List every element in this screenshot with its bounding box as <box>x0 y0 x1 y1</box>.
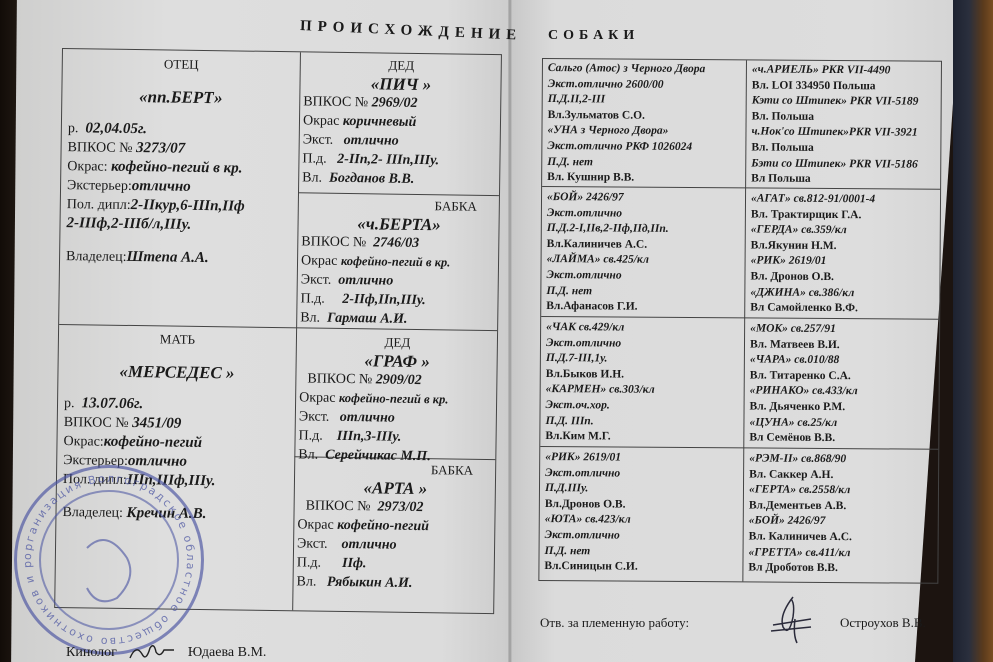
ancestor-line: «ЮТА» св.423/кл <box>545 512 638 528</box>
ancestor-line: П.Д. нет <box>547 155 704 172</box>
label: Экст. <box>297 536 328 551</box>
ancestor-line: Вл. Дронов О.В. <box>750 269 874 285</box>
page-fold <box>508 0 512 662</box>
father-sire-exterior: отлично <box>344 133 399 149</box>
ancestor-line: Вл Польша <box>751 172 918 189</box>
label: Экст. <box>303 132 334 147</box>
father-reg: 3273/07 <box>136 140 185 157</box>
mother-reg: 3451/09 <box>132 415 181 432</box>
official-stamp: организация Волгоградское областное обще… <box>14 465 204 655</box>
father-name: «пп.БЕРТ» <box>62 86 299 108</box>
label: П.д. <box>302 151 326 166</box>
father-sire-owner: Богданов В.В. <box>329 171 414 187</box>
mother-color: кофейно-пегий <box>104 434 203 451</box>
breeding-officer-label: Отв. за племенную работу: <box>540 615 689 630</box>
mother-sire-reg: 2909/02 <box>376 372 422 388</box>
mother-header: МАТЬ <box>59 328 296 350</box>
father-sire-cell: ДЕД «ПИЧ » ВПКОС № 2969/02 Окрас коричне… <box>302 54 499 190</box>
ancestor-cell-left: «ЧАК св.429/клЭкст.отличноП.Д.7-III,1у.В… <box>545 320 655 446</box>
label: ВПКОС № <box>307 371 372 387</box>
ancestor-line: Экст.отлично <box>546 268 668 284</box>
ancestor-line: «УНА з Черного Двора» <box>547 123 704 140</box>
ancestor-line: «ГЕРДА» св.359/кл <box>751 223 875 239</box>
label: ВПКОС № <box>306 498 371 514</box>
stamp-emblem-icon: организация Волгоградское областное обще… <box>17 468 201 652</box>
mother-sire-color: кофейно-пегий в кр. <box>339 391 449 407</box>
mother-sire-cell: ДЕД «ГРАФ » ВПКОС № 2909/02 Окрас кофейн… <box>298 331 495 467</box>
label: Вл. <box>302 170 322 185</box>
label: Окрас: <box>67 159 107 175</box>
ancestor-line: Вл.Дементьев А.В. <box>749 498 852 514</box>
label: Окрас <box>301 253 338 269</box>
father-sire-color: коричневый <box>343 114 417 130</box>
ancestor-line: П.Д.IIIу. <box>545 481 638 497</box>
ancestor-cell-right: «РЭМ-II» св.868/90Вл. Саккер А.Н.«ГЕРТА»… <box>748 451 852 576</box>
kinolog-name: Юдаева В.М. <box>188 645 267 660</box>
ancestor-line: П.Д. IIIп. <box>545 414 654 430</box>
father-dam-cell: БАБКА «ч.БЕРТА» ВПКОС № 2746/03 Окрас ко… <box>300 194 497 330</box>
ancestor-line: Экст.отлично <box>546 336 655 352</box>
label: ВПКОС № <box>301 234 366 250</box>
ancestor-cell-right: «МОК» св.257/91Вл. Матвеев В.И.«ЧАРА» св… <box>749 321 858 447</box>
label: р. <box>64 396 75 411</box>
label: П.д. <box>299 428 323 443</box>
ancestor-line: «КАРМЕН» св.303/кл <box>546 382 655 398</box>
ancestor-cell-right: «ч.АРИЕЛЬ» PKR VII-4490Вл. LOI 334950 По… <box>751 62 919 188</box>
ancestor-line: «АГАТ» св.812-91/0001-4 <box>751 191 875 207</box>
ancestor-line: Вл. Матвеев В.И. <box>750 337 858 353</box>
father-birth: 02,04.05г. <box>85 120 147 137</box>
ancestor-line: Вл.Быков И.Н. <box>546 367 655 383</box>
breeding-officer-line: Отв. за племенную работу: Остроухов В.В. <box>540 615 940 631</box>
ancestor-line: «ГЕРТА» св.2558/кл <box>749 483 852 499</box>
ancestors-title: СОБАКИ <box>548 28 639 44</box>
mother-name: «МЕРСЕДЕС » <box>58 361 295 383</box>
ancestor-line: «БОЙ» 2426/97 <box>749 514 852 530</box>
father-sire-diplomas: 2-IIп,2- IIIп,IIIу. <box>337 152 439 168</box>
ancestor-line: П.Д.II,2-III <box>548 92 705 109</box>
mother-sire-exterior: отлично <box>340 410 395 426</box>
ancestor-line: Вл Семёнов В.В. <box>749 431 857 447</box>
ancestor-line: Вл.Ким М.Г. <box>545 429 654 445</box>
book-cover-right <box>953 0 993 662</box>
ancestor-line: ч.Нок'со Штипек»PKR VII-3921 <box>751 125 918 142</box>
mother-dam-exterior: отлично <box>341 537 396 553</box>
father-header: ОТЕЦ <box>63 53 300 75</box>
ancestor-line: Экст.отлично 2600/00 <box>548 77 705 94</box>
label: Экстерьер: <box>67 178 132 194</box>
ancestor-line: Бэти со Штипек» PKR VII-5186 <box>751 156 918 173</box>
ancestor-line: Вл.Афанасов Г.И. <box>546 299 668 315</box>
kinolog-label: Кинолог <box>66 645 117 660</box>
mother-birth: 13.07.06г. <box>81 395 143 412</box>
ancestor-line: Сальго (Атос) з Черного Двора <box>548 61 705 78</box>
ancestor-line: «БОЙ» 2426/97 <box>547 190 669 206</box>
ancestor-line: «РИНАКО» св.433/кл <box>750 384 858 400</box>
mother-dam-owner: Рябыкин А.И. <box>327 575 413 591</box>
ancestor-cell-left: «РИК» 2619/01Экст.отличноП.Д.IIIу.Вл.Дро… <box>544 450 638 575</box>
father-diplomas: 2-IIкур,6-IIIп,IIф <box>131 197 245 215</box>
label: Окрас <box>299 390 336 406</box>
ancestor-line: П.Д. нет <box>545 544 638 560</box>
father-dam-reg: 2746/03 <box>373 235 419 251</box>
mother-dam-cell: БАБКА «АРТА » ВПКОС № 2973/02 Окрас кофе… <box>296 458 493 594</box>
label: ВПКОС № <box>68 140 133 156</box>
ancestor-line: Экст.оч.хор. <box>546 398 655 414</box>
ancestor-line: «ЧАРА» св.010/88 <box>750 353 858 369</box>
father-sire-reg: 2969/02 <box>372 95 418 111</box>
father-diplomas-2: 2-IIIф,2-IIIб/л,IIIу. <box>66 215 191 233</box>
ancestor-line: «ЧАК св.429/кл <box>546 320 655 336</box>
ancestor-line: Вл. LOI 334950 Польша <box>752 78 919 95</box>
label: Экст. <box>299 409 330 424</box>
mother-dam-diplomas: IIф. <box>342 556 367 571</box>
label: Вл. <box>296 574 316 589</box>
label: ВПКОС № <box>303 94 368 110</box>
mother-sire-diplomas: IIIп,3-IIIу. <box>337 429 402 445</box>
ancestor-line: Экст.отлично РКФ 1026024 <box>547 139 704 156</box>
ancestor-line: Вл Самойленко В.Ф. <box>750 301 874 317</box>
label: Окрас: <box>63 434 103 450</box>
label: Вл. <box>300 310 320 325</box>
label: Владелец: <box>66 249 127 265</box>
ancestor-line: «ДЖИНА» св.386/кл <box>750 285 874 301</box>
ancestor-line: «ЦУНА» св.25/кл <box>749 415 857 431</box>
ancestor-line: Экст.отлично <box>545 528 638 544</box>
label: П.д. <box>300 291 324 306</box>
ancestor-line: «ЛАЙМА» св.425/кл <box>547 252 669 268</box>
label: ВПКОС № <box>64 415 129 431</box>
father-dam-diplomas: 2-IIф,IIп,IIIу. <box>342 292 426 308</box>
mother-dam-color: кофейно-пегий <box>337 518 429 534</box>
ancestor-line: «РИК» 2619/01 <box>751 254 875 270</box>
ancestors-table: Сальго (Атос) з Черного ДвораЭкст.отличн… <box>538 58 942 584</box>
ancestor-line: Вл. Титаренко С.А. <box>750 368 858 384</box>
ancestor-line: «ГРЕТТА» св.411/кл <box>748 545 851 561</box>
breeding-officer-name: Остроухов В.В. <box>840 615 926 631</box>
ancestor-line: Вл. Кушнир В.В. <box>547 170 704 187</box>
label: Окрас <box>303 113 340 129</box>
ancestor-line: П.Д. нет <box>546 284 668 300</box>
father-dam-exterior: отлично <box>338 273 393 289</box>
label: Пол. дипл: <box>67 197 131 213</box>
ancestor-line: П.Д.2-I,IIв,2-IIф,IIд,IIп. <box>547 221 669 237</box>
ancestor-line: П.Д.7-III,1у. <box>546 351 655 367</box>
ancestor-line: Вл. Калиничев А.С. <box>749 529 852 545</box>
ancestor-cell-left: «БОЙ» 2426/97Экст.отличноП.Д.2-I,IIв,2-I… <box>546 190 669 316</box>
mother-dam-reg: 2973/02 <box>377 499 423 515</box>
ancestor-line: «РИК» 2619/01 <box>545 450 638 466</box>
ancestor-line: «ч.АРИЕЛЬ» PKR VII-4490 <box>752 62 919 79</box>
ancestor-line: Вл. Дьяченко Р.М. <box>750 399 858 415</box>
father-exterior: отлично <box>132 178 191 195</box>
father-color: кофейно-пегий в кр. <box>111 159 243 177</box>
label: р. <box>68 121 79 136</box>
ancestor-cell-left: Сальго (Атос) з Черного ДвораЭкст.отличн… <box>547 61 705 187</box>
ancestor-line: Экст.отлично <box>545 466 638 482</box>
signature-icon <box>765 595 815 645</box>
ancestor-line: Вл.Дронов О.В. <box>545 497 638 513</box>
ancestor-line: Кэти со Штипек» PKR VII-5189 <box>752 94 919 111</box>
svg-text:организация Волгоградское обла: организация Волгоградское областное обще… <box>17 468 197 648</box>
label: Экст. <box>301 272 332 287</box>
ancestor-line: Вл. Саккер А.Н. <box>749 467 852 483</box>
ancestor-line: «РЭМ-II» св.868/90 <box>749 451 852 467</box>
ancestor-line: Вл. Трактирщик Г.А. <box>751 207 875 223</box>
label: П.д. <box>297 555 321 570</box>
ancestor-line: Вл.Синицын С.И. <box>544 559 637 575</box>
kinolog-signature-line: Кинолог Юдаева В.М. <box>66 644 266 662</box>
ancestor-line: Вл. Польша <box>751 140 918 157</box>
ancestor-line: Вл. Польша <box>752 109 919 126</box>
ancestor-line: Вл Дроботов В.В. <box>748 561 851 577</box>
father-cell: ОТЕЦ «пп.БЕРТ» р. 02,04.05г. ВПКОС № 327… <box>60 53 300 269</box>
ancestor-line: «МОК» св.257/91 <box>750 321 858 337</box>
father-dam-color: кофейно-пегий в кр. <box>341 254 451 270</box>
ancestor-line: Вл.Зульматов С.О. <box>548 108 705 125</box>
ancestor-line: Вл.Якунин Н.М. <box>751 238 875 254</box>
ancestor-line: Экст.отлично <box>547 206 669 222</box>
ancestor-line: Вл.Калиничев А.С. <box>547 237 669 253</box>
father-owner: Штепа А.А. <box>126 249 208 266</box>
father-dam-owner: Гармаш А.И. <box>327 311 408 327</box>
ancestor-cell-right: «АГАТ» св.812-91/0001-4Вл. Трактирщик Г.… <box>750 191 875 317</box>
signature-icon <box>126 644 178 662</box>
label: Окрас <box>297 517 334 533</box>
